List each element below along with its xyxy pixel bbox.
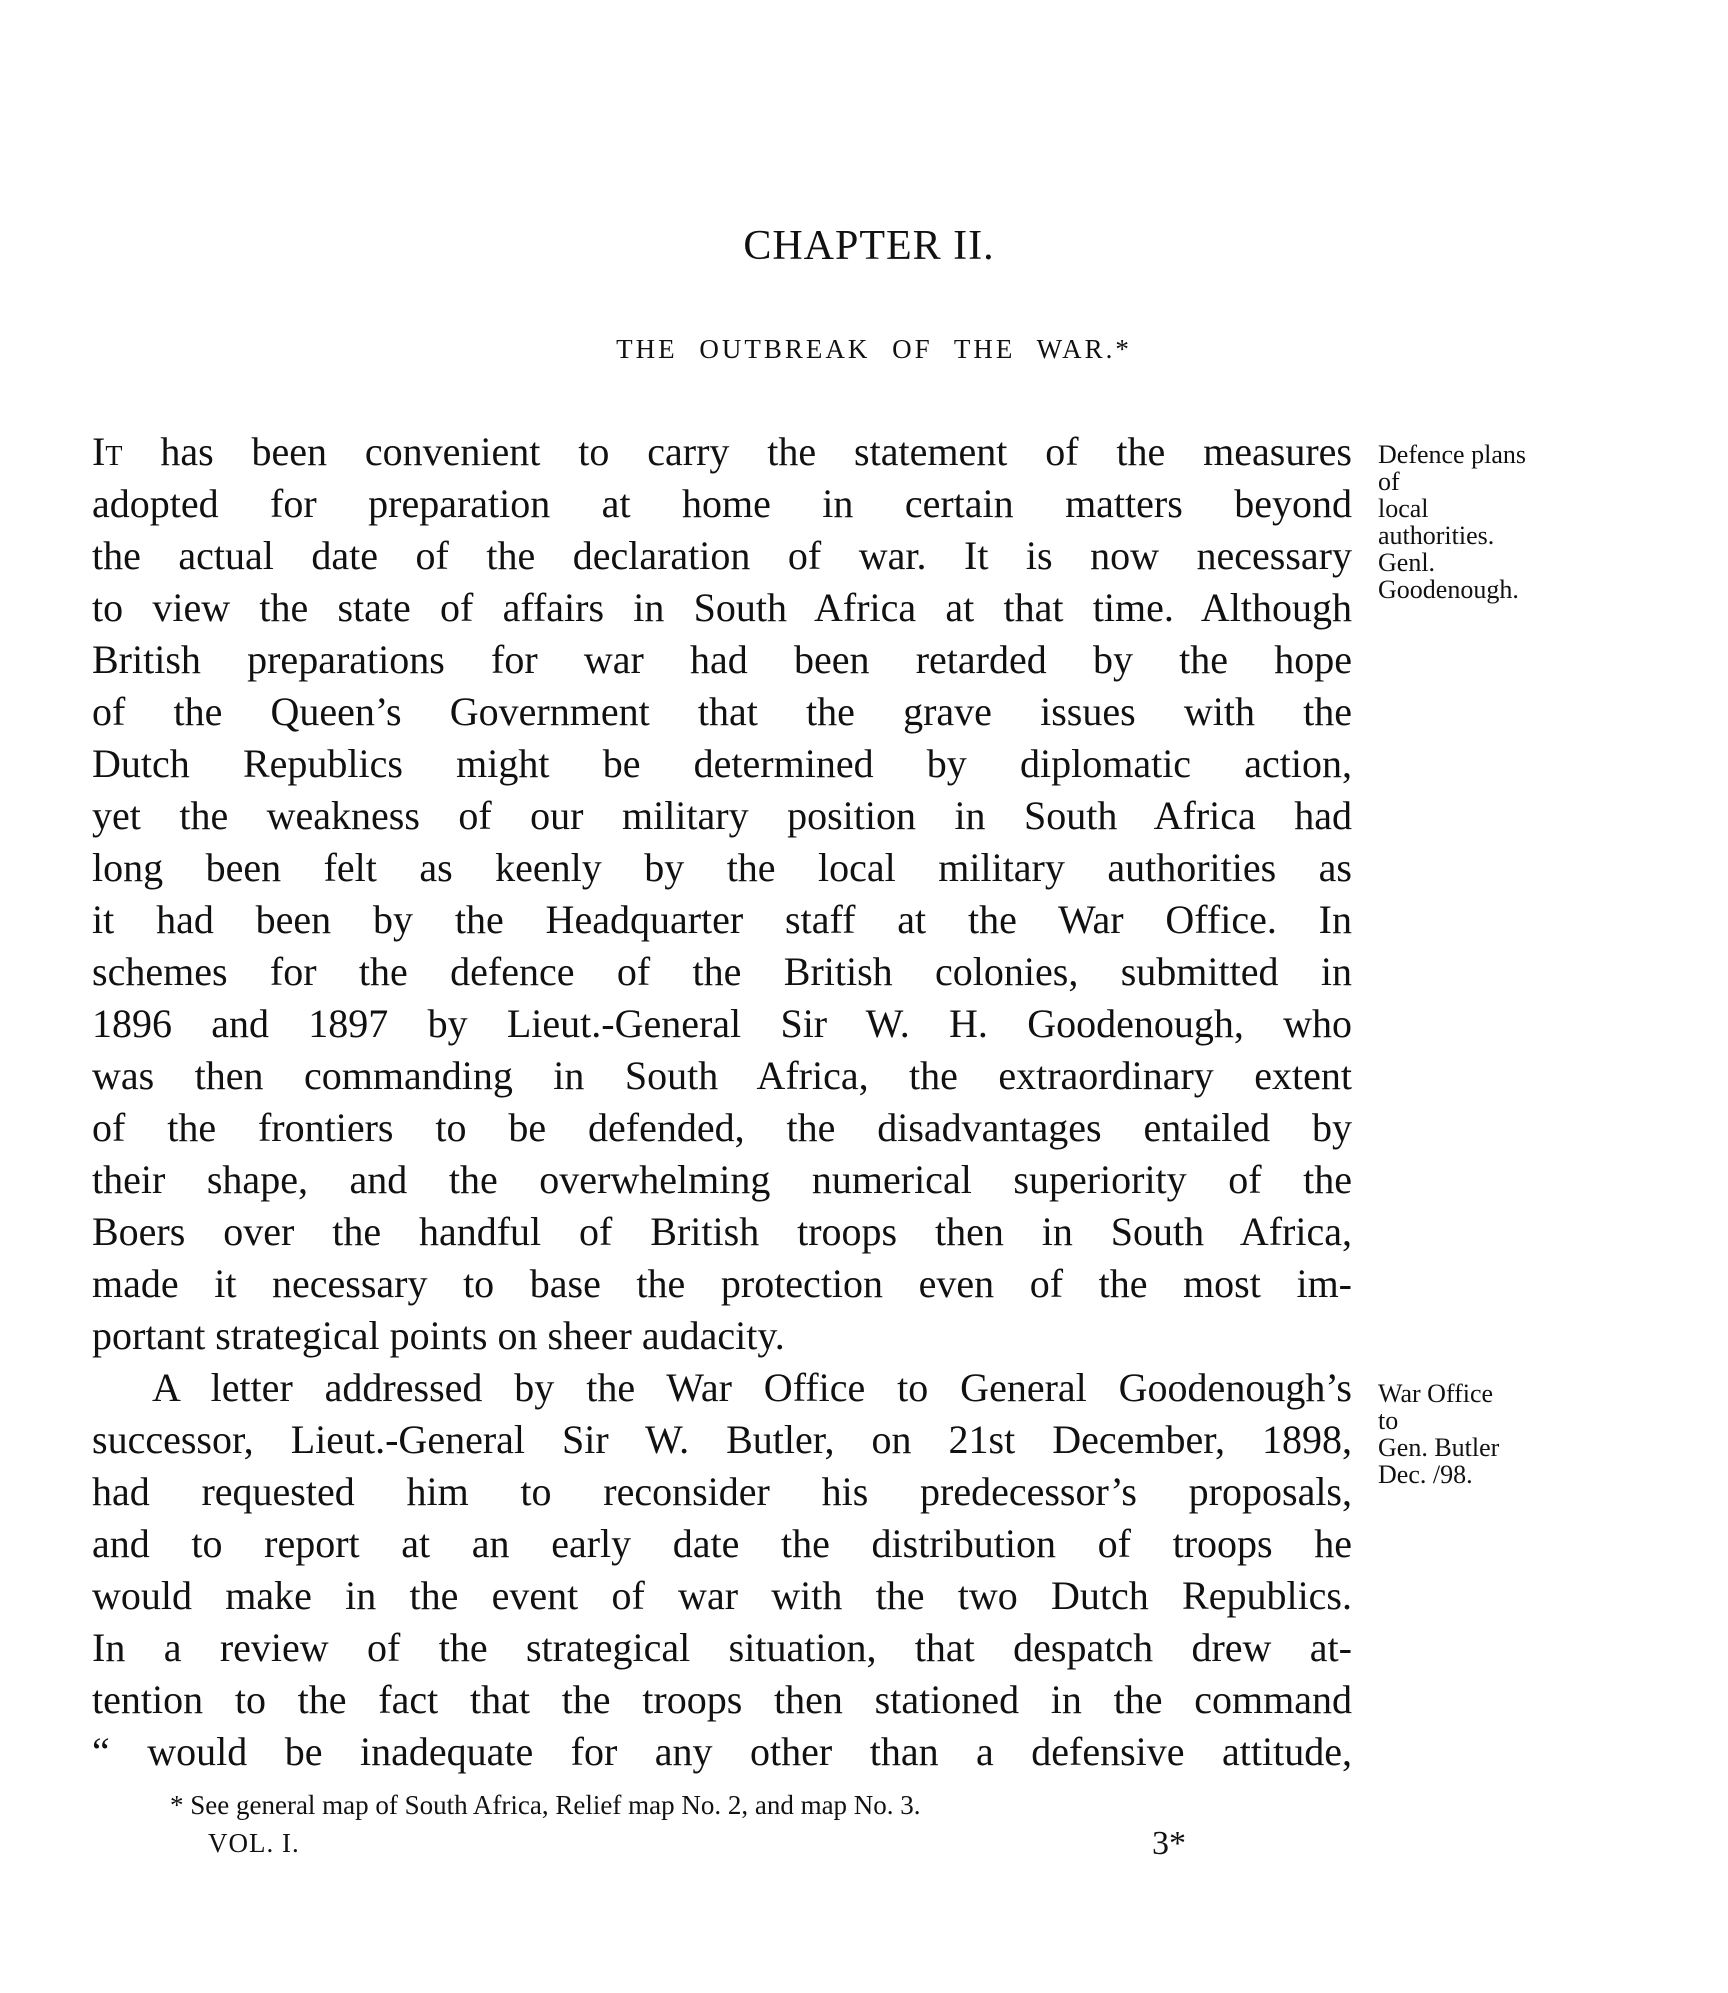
margin-note-war-office: War Office to Gen. Butler Dec. /98. <box>1378 1380 1638 1488</box>
body-line: Boers over the handful of British troops… <box>92 1207 1352 1257</box>
body-line: made it necessary to base the protection… <box>92 1259 1352 1309</box>
body-line: of the frontiers to be defended, the dis… <box>92 1103 1352 1153</box>
footer-volume: VOL. I. <box>208 1828 300 1859</box>
body-line: In a review of the strategical situation… <box>92 1623 1352 1673</box>
body-line: their shape, and the overwhelming numeri… <box>92 1155 1352 1205</box>
drop-start-word: It <box>92 429 122 474</box>
body-line: adopted for preparation at home in certa… <box>92 479 1352 529</box>
body-line: tention to the fact that the troops then… <box>92 1675 1352 1725</box>
body-line: portant strategical points on sheer auda… <box>92 1311 1352 1361</box>
body-line: would make in the event of war with the … <box>92 1571 1352 1621</box>
body-line: successor, Lieut.-General Sir W. Butler,… <box>92 1415 1352 1465</box>
body-line: A letter addressed by the War Office to … <box>92 1363 1352 1413</box>
margin-note-line: War Office <box>1378 1380 1638 1407</box>
body-line: 1896 and 1897 by Lieut.-General Sir W. H… <box>92 999 1352 1049</box>
margin-note-line: Defence plans <box>1378 441 1638 468</box>
body-line: yet the weakness of our military positio… <box>92 791 1352 841</box>
body-line: “ would be inadequate for any other than… <box>92 1727 1352 1777</box>
body-line: to view the state of affairs in South Af… <box>92 583 1352 633</box>
body-line: and to report at an early date the distr… <box>92 1519 1352 1569</box>
body-line: British preparations for war had been re… <box>92 635 1352 685</box>
body-line: long been felt as keenly by the local mi… <box>92 843 1352 893</box>
body-line: of the Queen’s Government that the grave… <box>92 687 1352 737</box>
margin-note-line: of <box>1378 468 1638 495</box>
margin-note-defence-plans: Defence plans of local authorities. Genl… <box>1378 441 1638 603</box>
body-line: the actual date of the declaration of wa… <box>92 531 1352 581</box>
chapter-subtitle: THE OUTBREAK OF THE WAR.* <box>0 334 1728 365</box>
footer-signature-mark: 3* <box>1152 1825 1186 1863</box>
margin-note-line: Dec. /98. <box>1378 1461 1638 1488</box>
margin-note-line: Genl. <box>1378 549 1638 576</box>
margin-note-line: Gen. Butler <box>1378 1434 1638 1461</box>
book-page: CHAPTER II. THE OUTBREAK OF THE WAR.* It… <box>0 0 1728 1993</box>
margin-note-line: local <box>1378 495 1638 522</box>
margin-note-line: to <box>1378 1407 1638 1434</box>
margin-note-line: Goodenough. <box>1378 576 1638 603</box>
body-line: had requested him to reconsider his pred… <box>92 1467 1352 1517</box>
body-line: schemes for the defence of the British c… <box>92 947 1352 997</box>
footnote: * See general map of South Africa, Relie… <box>170 1790 921 1821</box>
body-line: Dutch Republics might be determined by d… <box>92 739 1352 789</box>
chapter-title: CHAPTER II. <box>0 222 1728 270</box>
margin-note-line: authorities. <box>1378 522 1638 549</box>
body-line: was then commanding in South Africa, the… <box>92 1051 1352 1101</box>
body-line: It has been convenient to carry the stat… <box>92 427 1352 477</box>
body-line: it had been by the Headquarter staff at … <box>92 895 1352 945</box>
